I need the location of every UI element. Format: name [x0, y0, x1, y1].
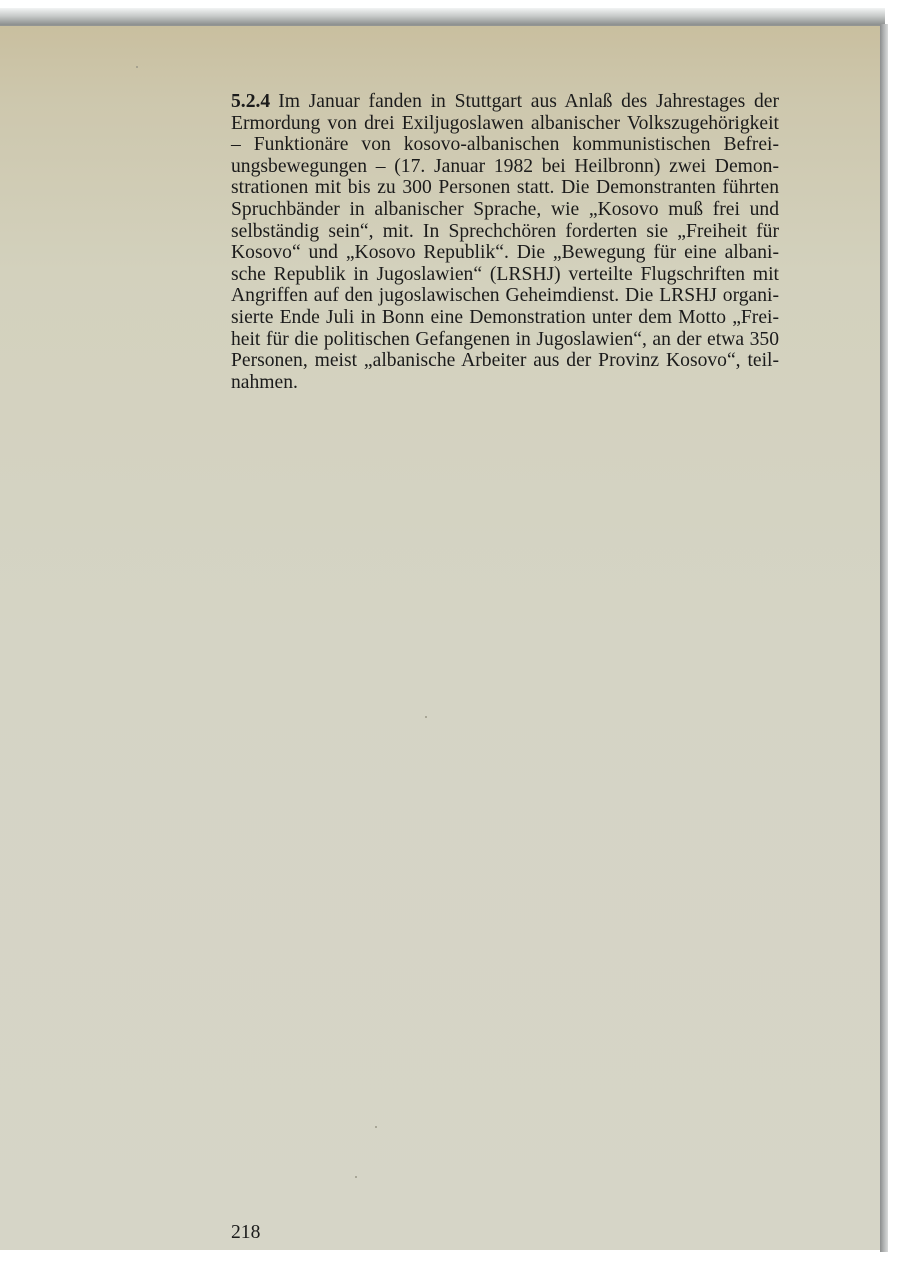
paragraph-line: – Funktionäre von kosovo-albanischen kom…: [231, 134, 779, 156]
paragraph-line: Angriffen auf den jugoslawischen Geheimd…: [231, 285, 779, 307]
paragraph-line: strationen mit bis zu 300 Personen statt…: [231, 177, 779, 199]
paragraph-line: sche Republik in Jugoslawien“ (LRSHJ) ve…: [231, 264, 779, 286]
section-number: 5.2.4: [231, 91, 270, 112]
paragraph-line: sierte Ende Juli in Bonn eine Demonstrat…: [231, 307, 779, 329]
scanned-page: 5.2.4Im Januar fanden in Stuttgart aus A…: [0, 0, 900, 1263]
paragraph-line: selbständig sein“, mit. In Sprechchören …: [231, 221, 779, 243]
line-text: Im Januar fanden in Stuttgart aus Anlaß …: [278, 91, 779, 112]
paragraph-line: nahmen.: [231, 372, 779, 394]
page-number: 218: [231, 1222, 260, 1244]
paragraph-line: ungsbewegungen – (17. Januar 1982 bei He…: [231, 156, 779, 178]
paper-speck: [355, 1176, 357, 1178]
paragraph-line: Ermordung von drei Exiljugoslawen albani…: [231, 113, 779, 135]
paragraph-line: Kosovo“ und „Kosovo Republik“. Die „Bewe…: [231, 242, 779, 264]
paper-speck: [425, 716, 427, 718]
section-paragraph: 5.2.4Im Januar fanden in Stuttgart aus A…: [231, 91, 779, 393]
paragraph-line: Personen, meist „albanische Arbeiter aus…: [231, 350, 779, 372]
paper-speck: [375, 1126, 377, 1128]
paper-speck: [136, 66, 138, 68]
paragraph-line: 5.2.4Im Januar fanden in Stuttgart aus A…: [231, 91, 779, 113]
paragraph-line: Spruchbänder in albanischer Sprache, wie…: [231, 199, 779, 221]
page-right-edge: [880, 24, 888, 1252]
paragraph-line: heit für die politischen Gefangenen in J…: [231, 329, 779, 351]
